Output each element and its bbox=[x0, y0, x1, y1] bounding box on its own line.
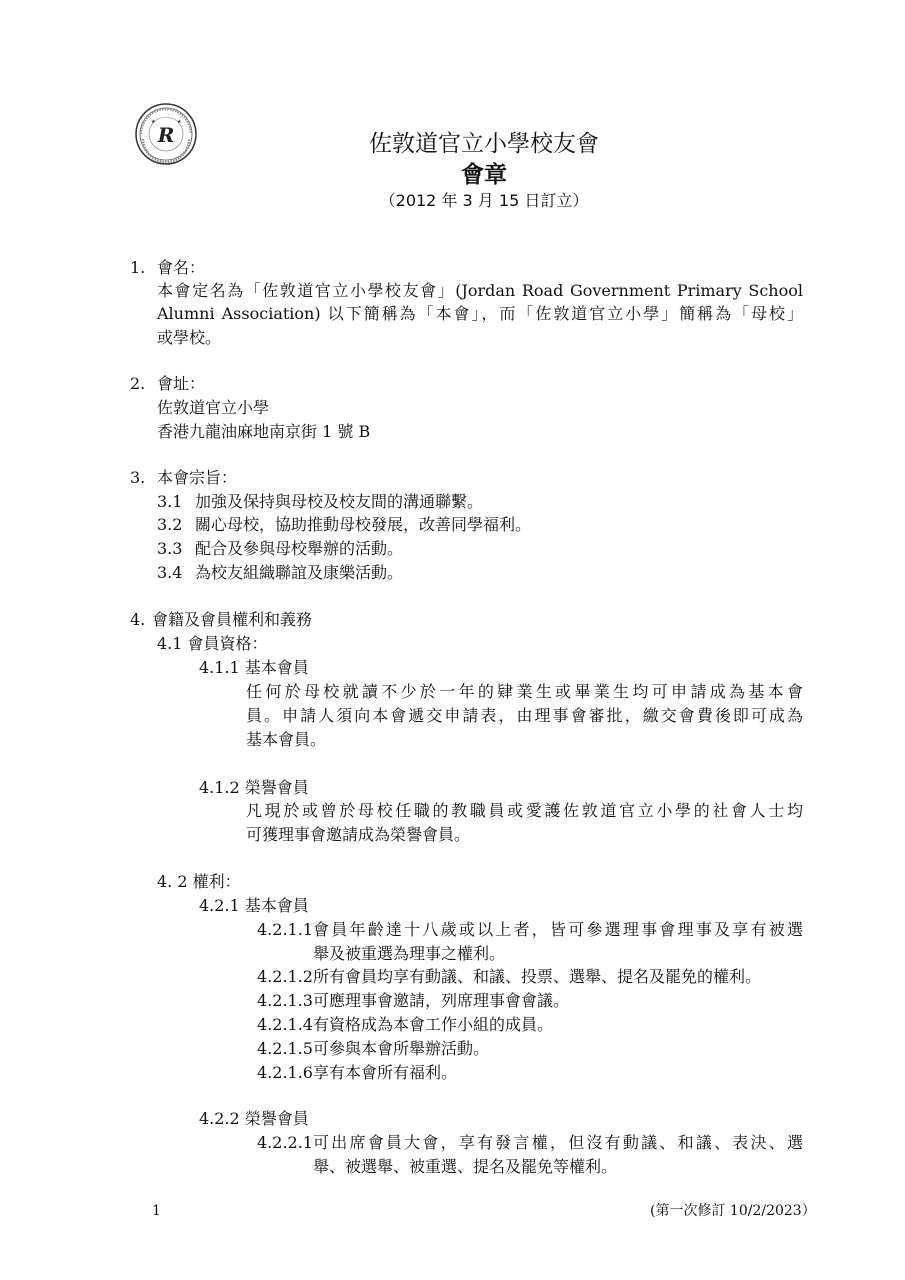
subsection-heading: 4. 2 權利： bbox=[157, 871, 241, 893]
item-text: 關心母校，協助推動母校發展，改善同學福利。 bbox=[195, 514, 531, 536]
clause-number: 4.2.1.5 bbox=[257, 1038, 313, 1060]
item-text: 加強及保持與母校及校友間的溝通聯繫。 bbox=[195, 491, 483, 513]
establishment-date: （2012 年 3 月 15 日訂立） bbox=[0, 190, 905, 212]
paragraph-line: 任何於母校就讀不少於一年的肄業生或畢業生均可申請成為基本會 bbox=[246, 681, 803, 703]
clause-text: 舉及被重選為理事之權利。 bbox=[313, 943, 505, 965]
paragraph-line: 基本會員。 bbox=[246, 729, 326, 751]
clause-text: 享有本會所有福利。 bbox=[313, 1062, 457, 1084]
address-line: 香港九龍油麻地南京街 1 號 B bbox=[157, 421, 370, 443]
subsubsection-heading: 4.2.2 榮譽會員 bbox=[199, 1108, 309, 1130]
section-number: 1. bbox=[130, 257, 145, 279]
item-number: 3.1 bbox=[157, 491, 182, 513]
document-subtitle: 會章 bbox=[0, 160, 905, 190]
clause-text: 可參與本會所舉辦活動。 bbox=[313, 1038, 489, 1060]
clause-text: 會員年齡達十八歲或以上者，皆可參選理事會理事及享有被選 bbox=[313, 919, 803, 941]
subsubsection-heading: 4.1.1 基本會員 bbox=[199, 657, 309, 679]
clause-text: 可應理事會邀請，列席理事會會議。 bbox=[313, 990, 569, 1012]
item-number: 3.3 bbox=[157, 538, 182, 560]
clause-number: 4.2.1.6 bbox=[257, 1062, 313, 1084]
section-heading: 會名： bbox=[157, 257, 205, 279]
address-line: 佐敦道官立小學 bbox=[157, 397, 269, 419]
item-text: 配合及參與母校舉辦的活動。 bbox=[195, 538, 403, 560]
item-number: 3.2 bbox=[157, 514, 182, 536]
clause-text: 可出席會員大會，享有發言權，但沒有動議、和議、表決、選 bbox=[313, 1132, 803, 1154]
subsubsection-heading: 4.1.2 榮譽會員 bbox=[199, 777, 309, 799]
clause-text: 有資格成為本會工作小組的成員。 bbox=[313, 1014, 553, 1036]
clause-number: 4.2.1.3 bbox=[257, 990, 313, 1012]
paragraph-line: 員。申請人須向本會遞交申請表，由理事會審批，繳交會費後即可成為 bbox=[246, 705, 803, 727]
clause-number: 4.2.2.1 bbox=[257, 1132, 313, 1154]
subsection-heading: 4.1 會員資格： bbox=[157, 633, 268, 655]
revision-note: (第一次修訂 10/2/2023） bbox=[650, 1200, 816, 1222]
section-number: 2. bbox=[130, 373, 145, 395]
clause-number: 4.2.1.1 bbox=[257, 919, 313, 941]
section-number: 4. bbox=[130, 609, 145, 631]
section-number: 3. bbox=[130, 467, 145, 489]
svg-text:★: ★ bbox=[151, 119, 156, 125]
clause-number: 4.2.1.2 bbox=[257, 966, 313, 988]
paragraph-line: 或學校。 bbox=[157, 327, 221, 349]
document-title: 佐敦道官立小學校友會 bbox=[0, 129, 905, 159]
section-heading: 會址： bbox=[157, 373, 205, 395]
svg-text:★: ★ bbox=[177, 119, 182, 125]
clause-number: 4.2.1.4 bbox=[257, 1014, 313, 1036]
clause-text: 所有會員均享有動議、和議、投票、選舉、提名及罷免的權利。 bbox=[313, 966, 761, 988]
item-number: 3.4 bbox=[157, 562, 182, 584]
paragraph-line: 可獲理事會邀請成為榮譽會員。 bbox=[246, 824, 470, 846]
subsubsection-heading: 4.2.1 基本會員 bbox=[199, 895, 309, 917]
paragraph-line: 凡現於或曾於母校任職的教職員或愛護佐敦道官立小學的社會人士均 bbox=[246, 800, 803, 822]
paragraph-line: 本會定名為「佐敦道官立小學校友會」(Jordan Road Government… bbox=[157, 280, 803, 302]
paragraph-line: Alumni Association) 以下簡稱為「本會」，而「佐敦道官立小學」… bbox=[157, 303, 803, 325]
section-heading: 本會宗旨： bbox=[157, 467, 237, 489]
section-heading: 會籍及會員權利和義務 bbox=[152, 609, 312, 631]
clause-text: 舉、被選舉、被重選、提名及罷免等權利。 bbox=[313, 1156, 617, 1178]
page-number: 1 bbox=[152, 1200, 161, 1222]
item-text: 為校友組織聯誼及康樂活動。 bbox=[195, 562, 403, 584]
